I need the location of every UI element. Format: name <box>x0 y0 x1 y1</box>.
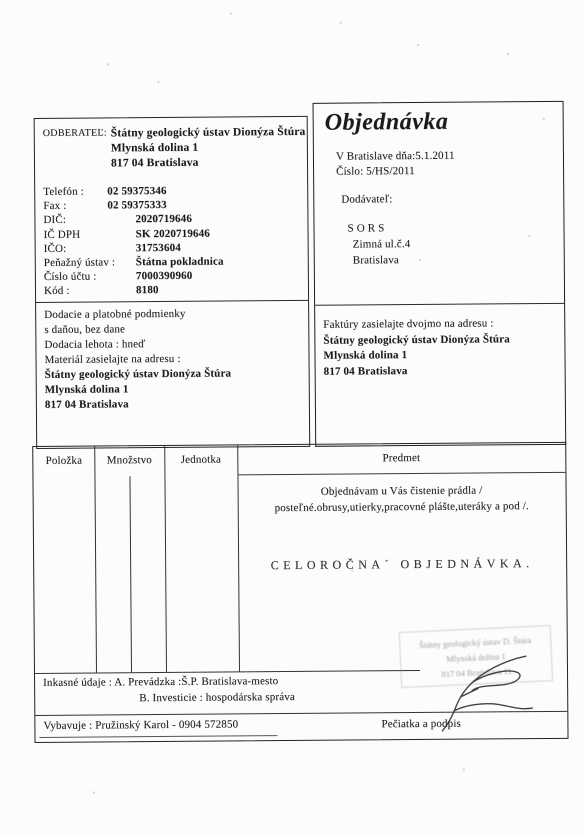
scanned-order-document: ODBERATEĽ: Štátny geologický ústav Dioný… <box>0 0 583 834</box>
field-telefon: Telefón :02 59375346 <box>43 184 223 200</box>
delivery-line1: Dodacie a platobné podmienky <box>44 306 231 322</box>
delivery-line4: Materiál zasielajte na adresu : <box>44 351 231 367</box>
order-number: Číslo: 5/HS/2011 <box>336 164 455 180</box>
column-divider <box>164 446 167 672</box>
supplier-label: Dodávateľ: <box>341 193 392 205</box>
buyer-street: Mlynská dolina 1 <box>111 140 306 157</box>
scan-noise <box>351 570 353 572</box>
subject-line2: posteľné.obrusy,utierky,pracovné plášte,… <box>238 498 566 516</box>
field-fax: Fax :02 59375333 <box>43 198 223 214</box>
field-ico: IČO:31753604 <box>44 240 224 256</box>
field-penazny-ustav: Peňažný ústav :Štátna pokladnica <box>44 255 224 271</box>
supplier-address: S O R S Zimná ul.č.4 Bratislava <box>347 220 410 268</box>
handled-by: Vybavuje : Pružinský Karol - 0904 572850 <box>43 718 238 732</box>
buyer-name: Štátny geologický ústav Dionýza Štúra <box>111 125 306 142</box>
field-cislo-uctu: Číslo účtu :7000390960 <box>44 269 224 285</box>
delivery-addr-street: Mlynská dolina 1 <box>45 381 232 397</box>
col-header-mnozstvo: Množstvo <box>94 454 164 467</box>
scan-noise <box>157 81 159 83</box>
scan-noise <box>107 63 109 65</box>
delivery-line2: s daňou, bez dane <box>44 321 231 337</box>
column-subdivider <box>129 476 132 672</box>
field-ic-dph: IČ DPHSK 2020719646 <box>44 226 224 242</box>
col-header-polozka: Položka <box>33 455 94 467</box>
scan-noise <box>93 792 95 794</box>
inkasne-line2: B. Investicie : hospodárska správa <box>139 691 295 704</box>
supplier-name: S O R S <box>347 220 410 236</box>
invoice-line1: Faktúry zasielajte dvojmo na adresu : <box>323 316 510 333</box>
invoice-street: Mlynská dolina 1 <box>323 347 510 364</box>
header-underline <box>237 472 565 476</box>
invoice-name: Štátny geologický ústav Dionýza Štúra <box>323 332 510 349</box>
order-place-date: V Bratislave dňa:5.1.2011 <box>336 149 455 165</box>
scan-noise <box>529 235 531 237</box>
handled-by-underline <box>40 735 278 738</box>
annual-order-text: CELOROČNA´ OBJEDNÁVKA. <box>238 556 566 574</box>
footer-divider-top <box>35 670 420 674</box>
field-dic: DIČ:2020719646 <box>43 212 223 228</box>
scan-noise <box>419 259 421 261</box>
signature <box>414 638 555 739</box>
buyer-address: Štátny geologický ústav Dionýza Štúra Ml… <box>111 125 306 172</box>
buyer-city: 817 04 Bratislava <box>111 155 306 172</box>
field-kod: Kód :8180 <box>44 283 224 299</box>
buyer-box: ODBERATEĽ: Štátny geologický ústav Dioný… <box>34 116 311 449</box>
left-box-divider <box>36 300 308 303</box>
scan-noise <box>340 22 342 24</box>
contact-fields: Telefón :02 59375346 Fax :02 59375333 DI… <box>43 184 224 299</box>
scan-noise <box>543 118 545 120</box>
order-subject-text: Objednávam u Vás čistenie prádla / poste… <box>238 483 566 517</box>
delivery-terms: Dodacie a platobné podmienky s daňou, be… <box>44 306 231 412</box>
scan-noise <box>230 12 232 14</box>
invoice-address: Faktúry zasielajte dvojmo na adresu : Št… <box>323 316 510 379</box>
column-divider <box>94 447 97 673</box>
scan-noise <box>463 769 465 771</box>
right-box-divider <box>315 303 564 306</box>
buyer-label: ODBERATEĽ: <box>43 126 111 172</box>
delivery-addr-name: Štátny geologický ústav Dionýza Štúra <box>45 366 232 382</box>
order-meta: V Bratislave dňa:5.1.2011 Číslo: 5/HS/20… <box>336 149 455 180</box>
buyer-block: ODBERATEĽ: Štátny geologický ústav Dioný… <box>43 125 306 172</box>
scan-noise <box>417 44 419 46</box>
col-header-jednotka: Jednotka <box>164 453 237 466</box>
scan-noise <box>507 53 509 55</box>
supplier-city: Bratislava <box>348 252 411 268</box>
invoice-city: 817 04 Bratislava <box>324 363 511 380</box>
inkasne-line1: Inkasné údaje : A. Prevádzka :Š.P. Brati… <box>43 675 278 689</box>
order-box: Objednávka V Bratislave dňa:5.1.2011 Čís… <box>313 101 567 447</box>
supplier-street: Zimná ul.č.4 <box>348 236 411 252</box>
delivery-addr-city: 817 04 Bratislava <box>45 396 232 412</box>
page-title: Objednávka <box>325 109 449 137</box>
col-header-predmet: Predmet <box>237 451 565 466</box>
delivery-line3: Dodacia lehota : hneď <box>44 336 231 352</box>
